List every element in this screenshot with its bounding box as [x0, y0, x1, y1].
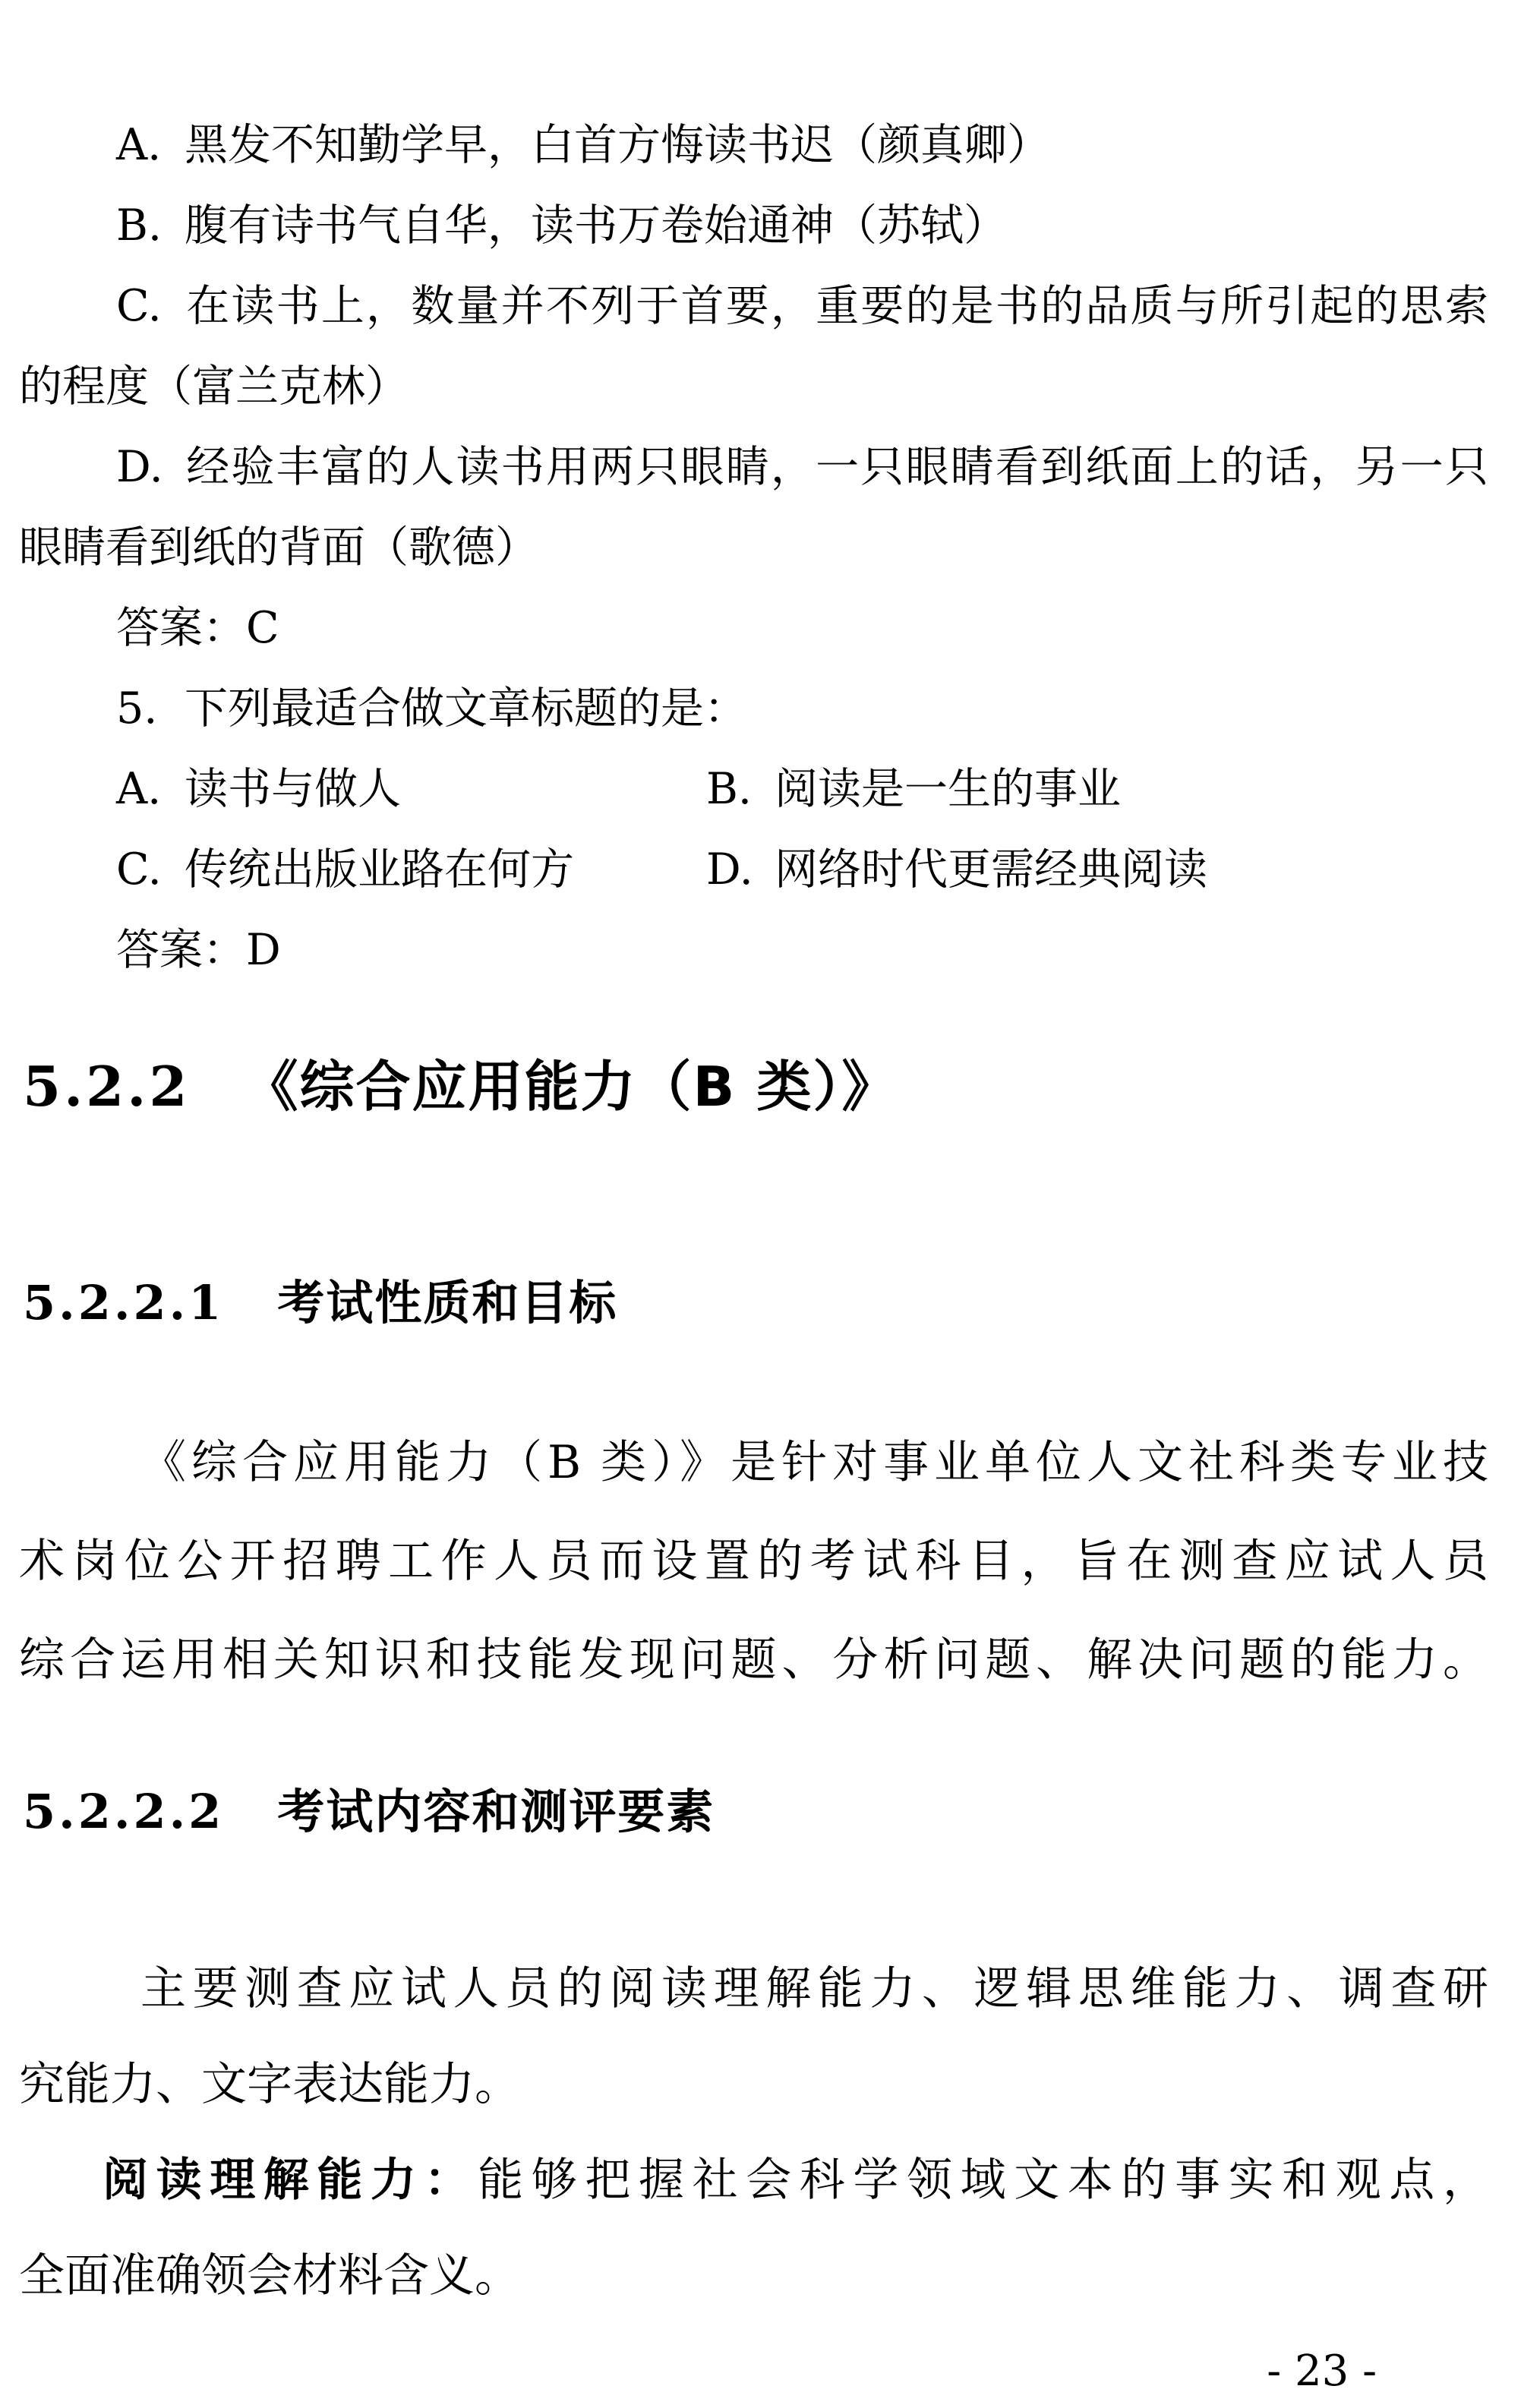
q5-option-b-text: 阅读是一生的事业 [775, 764, 1121, 814]
paragraph-reading-line2: 全面准确领会材料含义。 [19, 2228, 1488, 2324]
q5-option-a-text: 读书与做人 [185, 764, 401, 814]
q5-option-c: C.传统出版业路在何方 [116, 829, 706, 910]
q4-option-a-label: A. [116, 105, 185, 185]
question-4-block: A.黑发不知勤学早，白首方悔读书迟（颜真卿） B.腹有诗书气自华，读书万卷始通神… [19, 105, 1488, 668]
q4-answer: 答案：C [19, 588, 1488, 668]
q5-option-a-label: A. [116, 749, 185, 829]
q5-option-d-label: D. [706, 829, 775, 910]
paragraph-abilities-line2: 究能力、文字表达能力。 [19, 2037, 1488, 2132]
q4-option-d-line1: D.经验丰富的人读书用两只眼睛，一只眼睛看到纸面上的话，另一只 [19, 427, 1488, 507]
paragraph-abilities-line1: 主要测查应试人员的阅读理解能力、逻辑思维能力、调查研 [19, 1941, 1488, 2037]
q4-option-a: A.黑发不知勤学早，白首方悔读书迟（颜真卿） [19, 105, 1488, 185]
q4-option-b-label: B. [116, 185, 185, 266]
paragraph-reading-line1: 阅读理解能力：能够把握社会科学领域文本的事实和观点， [19, 2132, 1488, 2228]
section-5222-title: 考试内容和测评要素 [277, 1784, 715, 1839]
page-number: - 23 - [1267, 2346, 1377, 2396]
reading-ability-text: 能够把握社会科学领域文本的事实和观点， [478, 2154, 1488, 2207]
q5-option-b: B.阅读是一生的事业 [706, 749, 1488, 829]
q5-option-b-label: B. [706, 749, 775, 829]
section-heading-522: 5.2.2《综合应用能力（B 类）》 [23, 1045, 1488, 1128]
paragraph-abilities: 主要测查应试人员的阅读理解能力、逻辑思维能力、调查研 究能力、文字表达能力。 阅… [19, 1941, 1488, 2324]
q5-stem: 下列最适合做文章标题的是： [185, 683, 747, 734]
q5-number: 5. [116, 668, 185, 749]
q4-option-c-text: 在读书上，数量并不列于首要，重要的是书的品质与所引起的思索 [185, 281, 1488, 331]
q5-option-d-text: 网络时代更需经典阅读 [775, 844, 1207, 895]
q4-option-c-line2: 的程度（富兰克林） [19, 346, 1488, 427]
section-5221-number: 5.2.2.1 [23, 1275, 224, 1330]
section-heading-5221: 5.2.2.1考试性质和目标 [23, 1265, 1488, 1341]
question-5-block: 5.下列最适合做文章标题的是： A.读书与做人 B.阅读是一生的事业 C.传统出… [19, 668, 1488, 990]
reading-ability-lead: 阅读理解能力： [103, 2154, 478, 2207]
q4-option-c-label: C. [116, 266, 185, 346]
section-5221-title: 考试性质和目标 [277, 1275, 617, 1330]
page-content: A.黑发不知勤学早，白首方悔读书迟（颜真卿） B.腹有诗书气自华，读书万卷始通神… [0, 0, 1521, 2324]
q4-option-d-text: 经验丰富的人读书用两只眼睛，一只眼睛看到纸面上的话，另一只 [185, 442, 1488, 492]
q5-answer: 答案：D [19, 910, 1488, 990]
paragraph-exam-purpose: 《综合应用能力（B 类）》是针对事业单位人文社科类专业技 术岗位公开招聘工作人员… [19, 1413, 1488, 1709]
section-heading-5222: 5.2.2.2考试内容和测评要素 [23, 1774, 1488, 1850]
q4-option-d-line2: 眼睛看到纸的背面（歌德） [19, 507, 1488, 588]
q5-option-c-label: C. [116, 829, 185, 910]
paragraph-exam-purpose-line2: 术岗位公开招聘工作人员而设置的考试科目，旨在测查应试人员 [19, 1512, 1488, 1611]
section-522-number: 5.2.2 [23, 1054, 190, 1119]
paragraph-exam-purpose-line1: 《综合应用能力（B 类）》是针对事业单位人文社科类专业技 [19, 1413, 1488, 1512]
q4-option-b-text: 腹有诗书气自华，读书万卷始通神（苏轼） [185, 200, 1007, 251]
q4-option-d-label: D. [116, 427, 185, 507]
q4-option-c-line1: C.在读书上，数量并不列于首要，重要的是书的品质与所引起的思索 [19, 266, 1488, 346]
q4-option-a-text: 黑发不知勤学早，白首方悔读书迟（颜真卿） [185, 120, 1050, 170]
q5-options-row-1: A.读书与做人 B.阅读是一生的事业 [19, 749, 1488, 829]
section-522-title: 《综合应用能力（B 类）》 [243, 1055, 898, 1119]
document-page: A.黑发不知勤学早，白首方悔读书迟（颜真卿） B.腹有诗书气自华，读书万卷始通神… [0, 0, 1521, 2408]
q5-option-d: D.网络时代更需经典阅读 [706, 829, 1488, 910]
section-5222-number: 5.2.2.2 [23, 1784, 224, 1839]
paragraph-exam-purpose-line3: 综合运用相关知识和技能发现问题、分析问题、解决问题的能力。 [19, 1611, 1488, 1709]
q4-option-b: B.腹有诗书气自华，读书万卷始通神（苏轼） [19, 185, 1488, 266]
q5-stem-line: 5.下列最适合做文章标题的是： [19, 668, 1488, 749]
q5-option-a: A.读书与做人 [116, 749, 706, 829]
q5-option-c-text: 传统出版业路在何方 [185, 844, 574, 895]
q5-options-row-2: C.传统出版业路在何方 D.网络时代更需经典阅读 [19, 829, 1488, 910]
